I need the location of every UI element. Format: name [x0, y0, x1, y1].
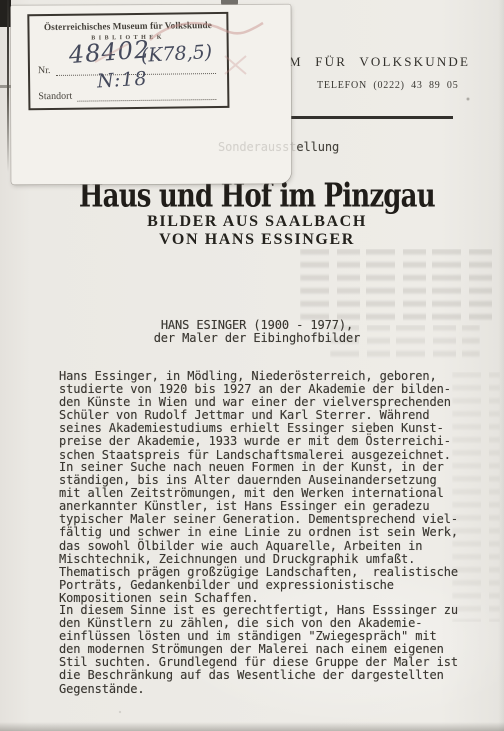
section-heading-line2: der Maler der Eibinghofbilder [57, 332, 457, 345]
title-block: Haus und Hof im Pinzgau BILDER AUS SAALB… [20, 180, 494, 248]
document-subtitle-line1: BILDER AUS SAALBACH [20, 214, 494, 230]
stamp-location-label: Standort [38, 91, 77, 102]
scan-bottom-shadow [0, 722, 504, 731]
body-paragraph-3: In diesem Sinne ist es gerechtfertigt, H… [59, 604, 471, 696]
handwritten-catalog-number: 48402 [68, 35, 151, 69]
bleed-through-text [300, 249, 496, 321]
scanned-document-page: M FÜR VOLKSKUNDE TELEFON (0222) 43 89 05… [0, 0, 504, 731]
exhibition-label-covered: Sonderausst [218, 140, 296, 154]
body-paragraph-2: In seiner Suche nach neuen Formen in der… [59, 461, 471, 605]
section-heading: HANS ESINGER (1900 - 1977), der Maler de… [57, 319, 457, 346]
handwritten-location: N:18 [96, 68, 148, 93]
library-card: Österreichisches Museum für Volkskunde B… [11, 5, 292, 185]
letterhead-institution: M FÜR VOLKSKUNDE [289, 54, 470, 70]
exhibition-label-visible: ellung [296, 140, 339, 154]
handwritten-catalog-extra: (K78,5) [140, 41, 212, 67]
stamp-institution-text: Österreichisches Museum für Volkskunde [32, 21, 223, 33]
exhibition-label: Sonderausstellung [218, 140, 339, 154]
scan-edge-corner [0, 0, 11, 27]
document-subtitle-line2: VON HANS ESSINGER [20, 232, 494, 248]
letterhead-divider [289, 116, 453, 119]
body-paragraph-1: Hans Essinger, in Mödling, Niederösterre… [59, 370, 471, 462]
document-title: Haus und Hof im Pinzgau [79, 179, 435, 213]
section-heading-line1: HANS ESINGER (1900 - 1977), [57, 319, 457, 332]
letterhead-telephone: TELEFON (0222) 43 89 05 [317, 80, 459, 91]
stamp-nr-label: Nr. [38, 65, 56, 76]
scan-edge-tick [0, 85, 11, 88]
